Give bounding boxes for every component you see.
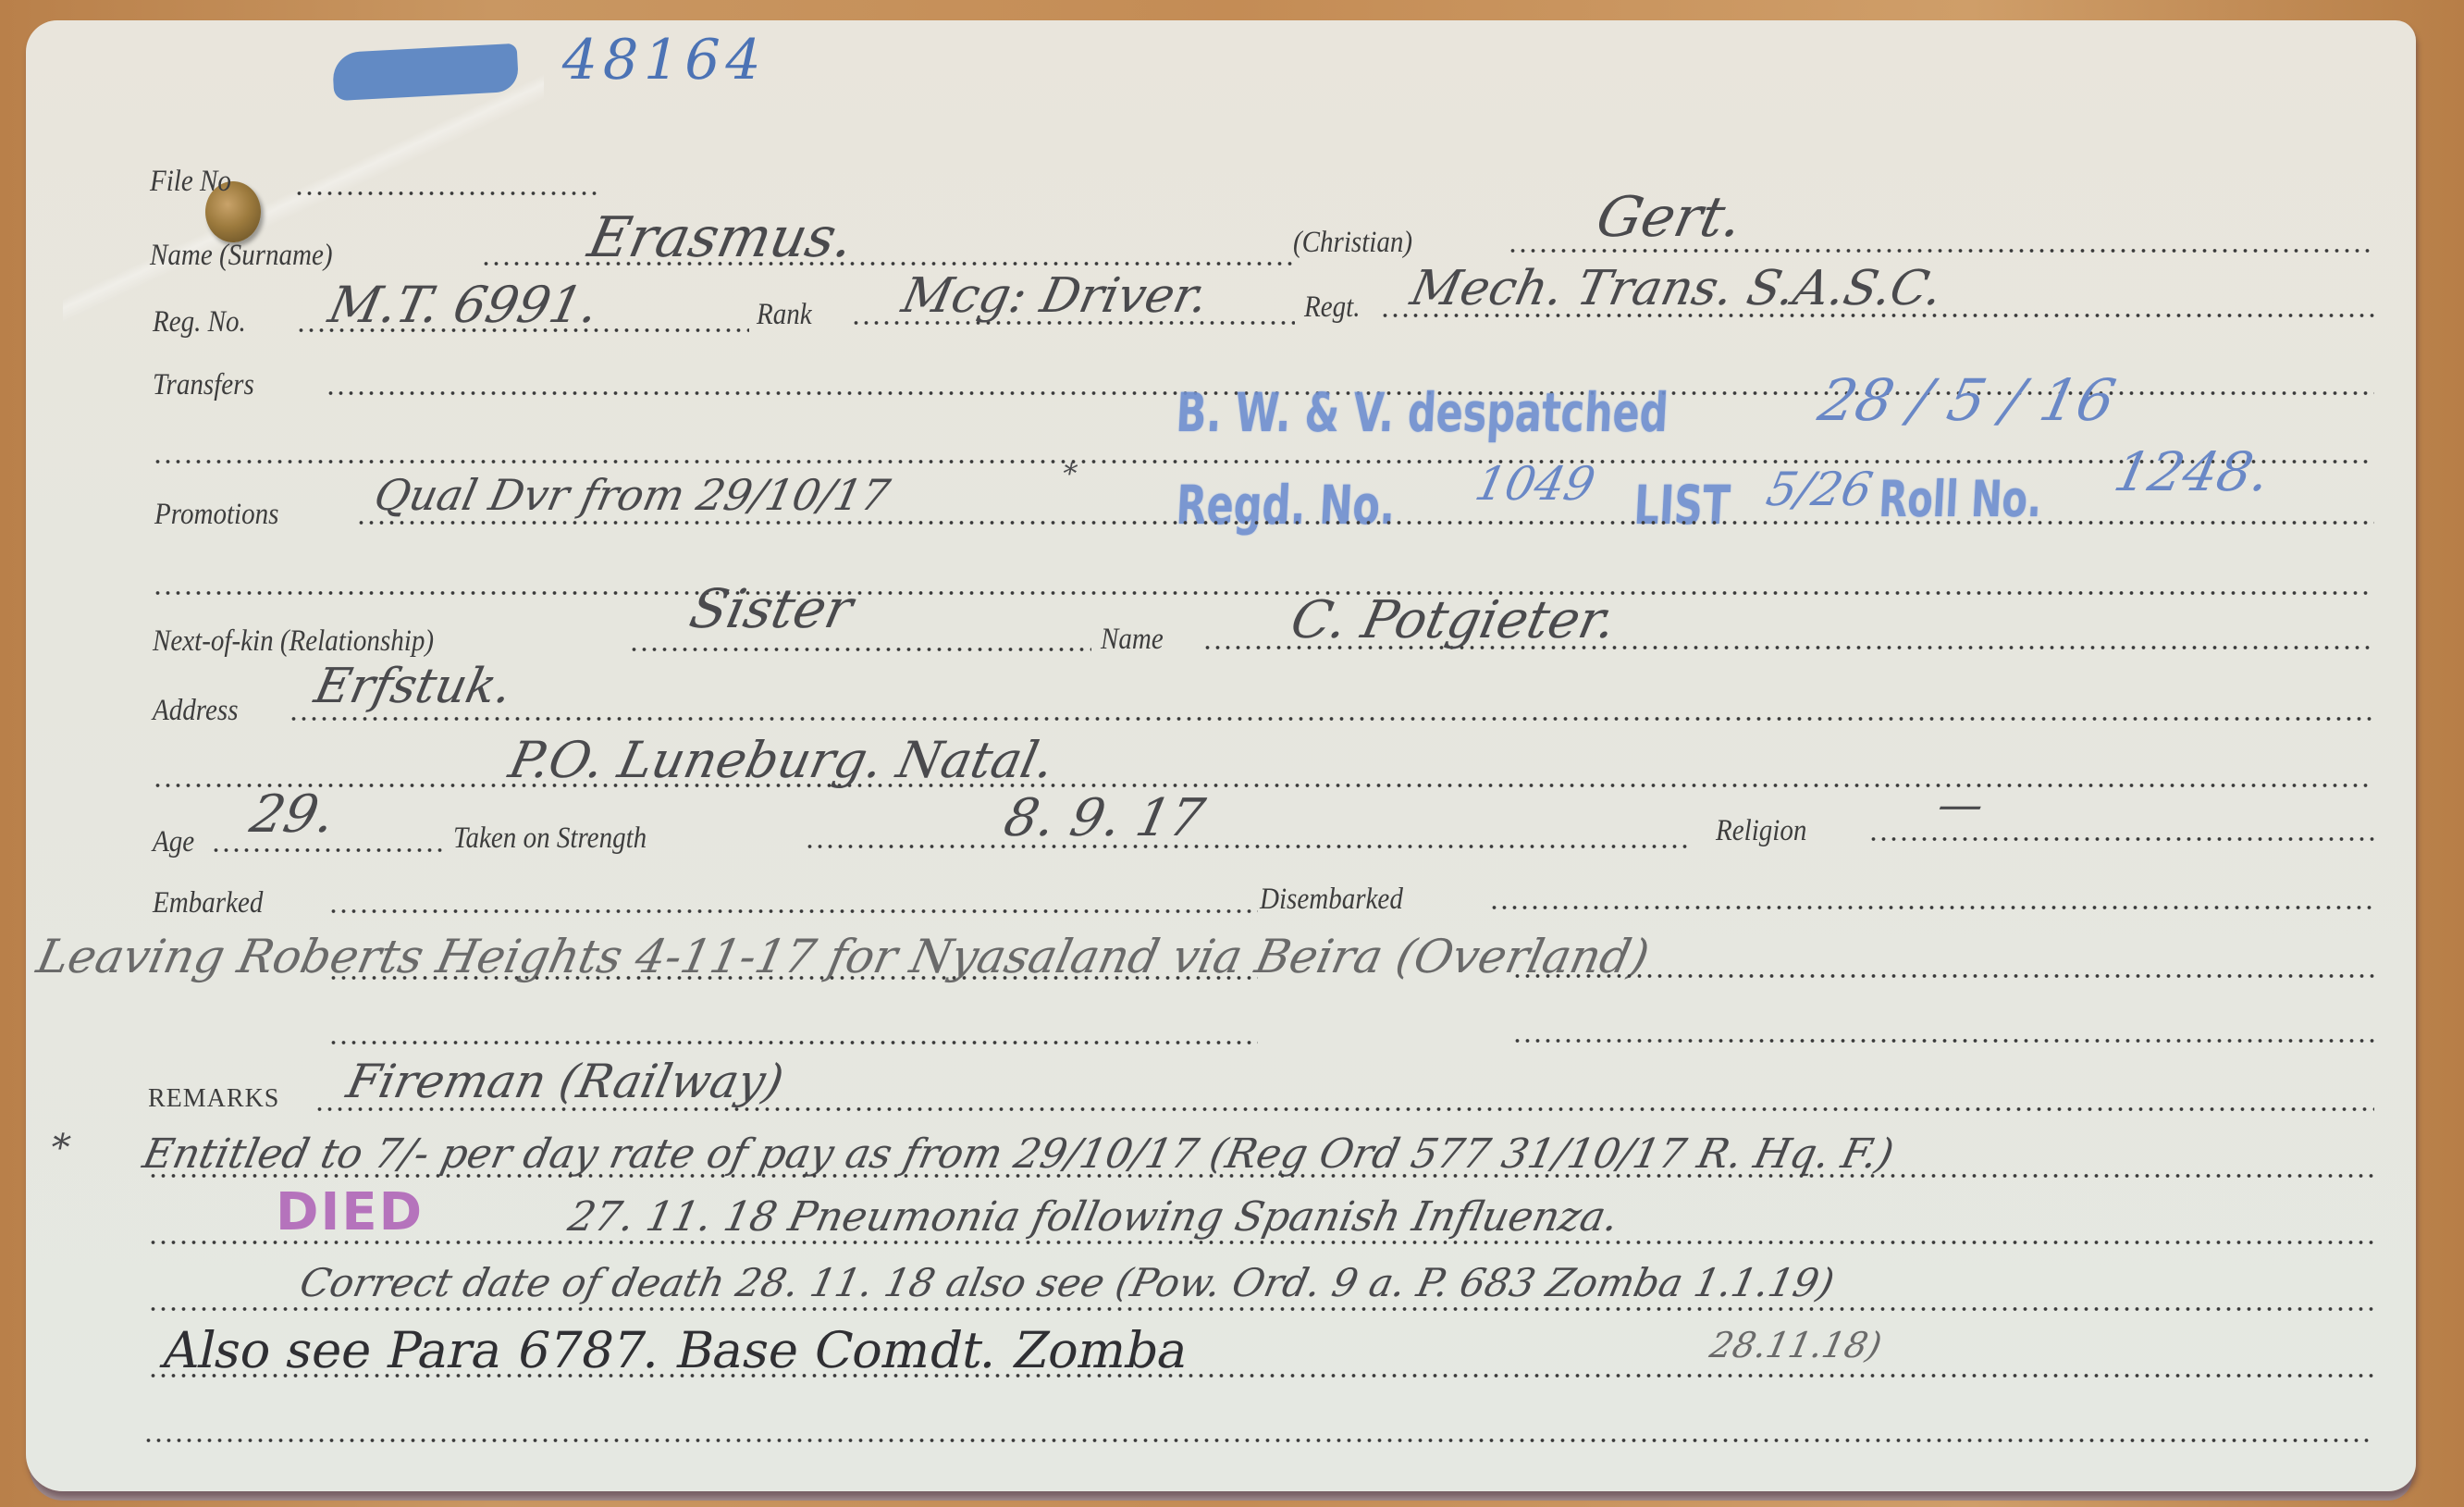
occupation-note: Fireman (Railway) bbox=[342, 1055, 788, 1108]
label-surname: Name (Surname) bbox=[150, 239, 333, 273]
list-stamp: LIST bbox=[1632, 474, 1731, 537]
dotted-line bbox=[148, 1306, 2374, 1312]
value-christian: Gert. bbox=[1591, 185, 1748, 250]
label-regt: Regt. bbox=[1304, 290, 1360, 325]
label-disembarked: Disembarked bbox=[1260, 883, 1403, 917]
value-reg-no: M.T. 6991. bbox=[324, 276, 604, 334]
dotted-line bbox=[1489, 905, 2374, 910]
value-kin-name: C. Potgieter. bbox=[1286, 590, 1621, 650]
label-rank: Rank bbox=[757, 298, 812, 332]
value-promotions: Qual Dvr from 29/10/17 bbox=[370, 470, 894, 520]
label-transfers: Transfers bbox=[153, 368, 254, 402]
remarks-line-pay-rate: Entitled to 7/- per day rate of pay as f… bbox=[139, 1130, 1898, 1178]
dotted-line bbox=[153, 459, 2372, 464]
dotted-line bbox=[289, 716, 2374, 722]
dotted-line bbox=[805, 844, 1693, 849]
regd-no-stamp: Regd. No. bbox=[1175, 474, 1397, 537]
dotted-line bbox=[211, 847, 447, 853]
dotted-line bbox=[294, 191, 599, 196]
remarks-line-also-see: Also see Para 6787. Base Comdt. Zomba bbox=[157, 1321, 1194, 1379]
label-file-no: File No bbox=[150, 165, 231, 199]
value-regt: Mech. Trans. S.A.S.C. bbox=[1406, 261, 1947, 316]
dotted-line bbox=[153, 590, 2372, 596]
remarks-line-also-see-date: 28.11.18) bbox=[1706, 1325, 1885, 1365]
list-value: 5/26 bbox=[1762, 463, 1878, 516]
label-reg-no: Reg. No. bbox=[153, 305, 246, 340]
label-age: Age bbox=[153, 825, 194, 859]
died-stamp: DIED bbox=[276, 1182, 424, 1242]
value-surname: Erasmus. bbox=[583, 205, 859, 270]
label-next-of-kin: Next-of-kin (Relationship) bbox=[153, 624, 434, 659]
dotted-line bbox=[356, 520, 2374, 525]
remarks-line-correct-date: Correct date of death 28. 11. 18 also se… bbox=[296, 1260, 1839, 1305]
regd-no-value: 1049 bbox=[1471, 457, 1600, 511]
bwv-despatched-stamp: B. W. & V. despatched bbox=[1175, 381, 1669, 444]
remarks-line-cause-of-death: 27. 11. 18 Pneumonia following Spanish I… bbox=[564, 1193, 1623, 1241]
label-kin-name: Name bbox=[1101, 623, 1164, 657]
label-remarks: REMARKS bbox=[148, 1084, 279, 1114]
despatched-date: 28 / 5 / 16 bbox=[1813, 366, 2121, 434]
dotted-line bbox=[314, 1106, 2374, 1112]
roll-no-value: 1248. bbox=[2109, 440, 2276, 503]
value-address-line1: Erfstuk. bbox=[310, 659, 517, 714]
label-christian: (Christian) bbox=[1293, 226, 1412, 260]
dotted-line bbox=[328, 1040, 1258, 1045]
label-promotions: Promotions bbox=[154, 498, 278, 532]
value-age: 29. bbox=[245, 784, 340, 845]
dotted-line bbox=[1512, 1038, 2374, 1044]
dotted-line bbox=[328, 908, 1258, 914]
label-taken-on-strength: Taken on Strength bbox=[453, 821, 647, 856]
dotted-line bbox=[328, 975, 1258, 981]
dotted-line bbox=[1868, 836, 2374, 842]
dotted-line bbox=[148, 1173, 2374, 1179]
value-rank: Mcg: Driver. bbox=[897, 268, 1213, 324]
value-taken-on-strength: 8. 9. 17 bbox=[999, 788, 1210, 848]
label-religion: Religion bbox=[1716, 814, 1806, 848]
label-address: Address bbox=[153, 694, 238, 728]
crossed-out-number bbox=[332, 43, 519, 101]
label-embarked: Embarked bbox=[153, 886, 263, 920]
dotted-line bbox=[153, 783, 2372, 788]
value-address-line2: P.O. Luneburg. Natal. bbox=[504, 731, 1060, 789]
file-reference-number: 48164 bbox=[555, 28, 773, 93]
dotted-line bbox=[629, 647, 1091, 652]
dotted-line bbox=[148, 1373, 2374, 1378]
dotted-line bbox=[148, 1240, 2374, 1245]
dotted-line bbox=[143, 1438, 2374, 1443]
value-relationship: Sister bbox=[684, 577, 858, 640]
dotted-line bbox=[1512, 973, 2374, 979]
